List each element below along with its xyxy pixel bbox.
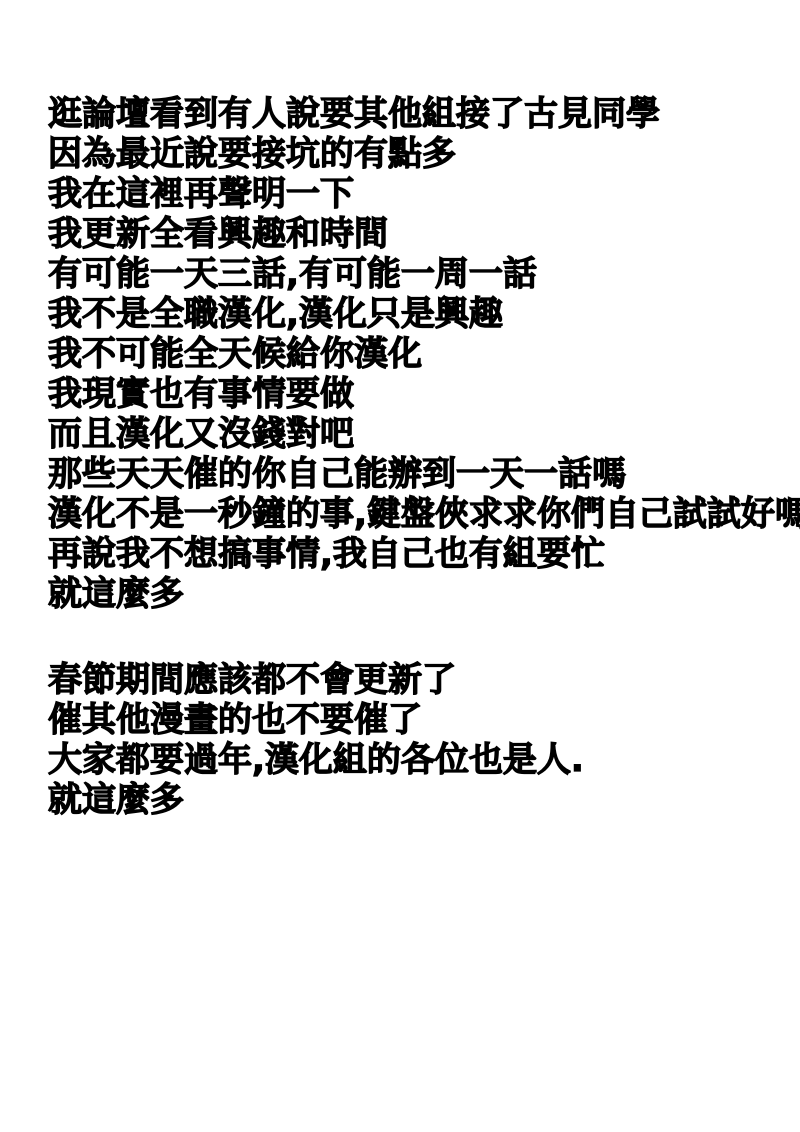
notice-line: 我在這裡再聲明一下 <box>48 174 780 214</box>
notice-line: 而且漢化又沒錢對吧 <box>48 414 780 454</box>
notice-line: 那些天天催的你自己能辦到一天一話嗎 <box>48 454 780 494</box>
notice-line: 我不是全職漢化,漢化只是興趣 <box>48 294 780 334</box>
notice-line: 漢化不是一秒鐘的事,鍵盤俠求求你們自己試試好嗎 <box>48 494 780 534</box>
notice-paragraph-2: 春節期間應該都不會更新了 催其他漫畫的也不要催了 大家都要過年,漢化組的各位也是… <box>48 660 780 820</box>
notice-line: 我現實也有事情要做 <box>48 374 780 414</box>
notice-line: 就這麼多 <box>48 780 780 820</box>
notice-line: 催其他漫畫的也不要催了 <box>48 700 780 740</box>
notice-page: 逛論壇看到有人說要其他組接了古見同學 因為最近說要接坑的有點多 我在這裡再聲明一… <box>0 0 800 1132</box>
notice-line: 再說我不想搞事情,我自己也有組要忙 <box>48 534 780 574</box>
notice-line: 逛論壇看到有人說要其他組接了古見同學 <box>48 94 780 134</box>
notice-line: 我不可能全天候給你漢化 <box>48 334 780 374</box>
scanlator-notice: 逛論壇看到有人說要其他組接了古見同學 因為最近說要接坑的有點多 我在這裡再聲明一… <box>48 94 780 820</box>
notice-line: 春節期間應該都不會更新了 <box>48 660 780 700</box>
notice-line: 因為最近說要接坑的有點多 <box>48 134 780 174</box>
notice-line: 有可能一天三話,有可能一周一話 <box>48 254 780 294</box>
notice-line: 大家都要過年,漢化組的各位也是人. <box>48 740 780 780</box>
notice-paragraph-1: 逛論壇看到有人說要其他組接了古見同學 因為最近說要接坑的有點多 我在這裡再聲明一… <box>48 94 780 614</box>
notice-line: 就這麼多 <box>48 574 780 614</box>
notice-line: 我更新全看興趣和時間 <box>48 214 780 254</box>
